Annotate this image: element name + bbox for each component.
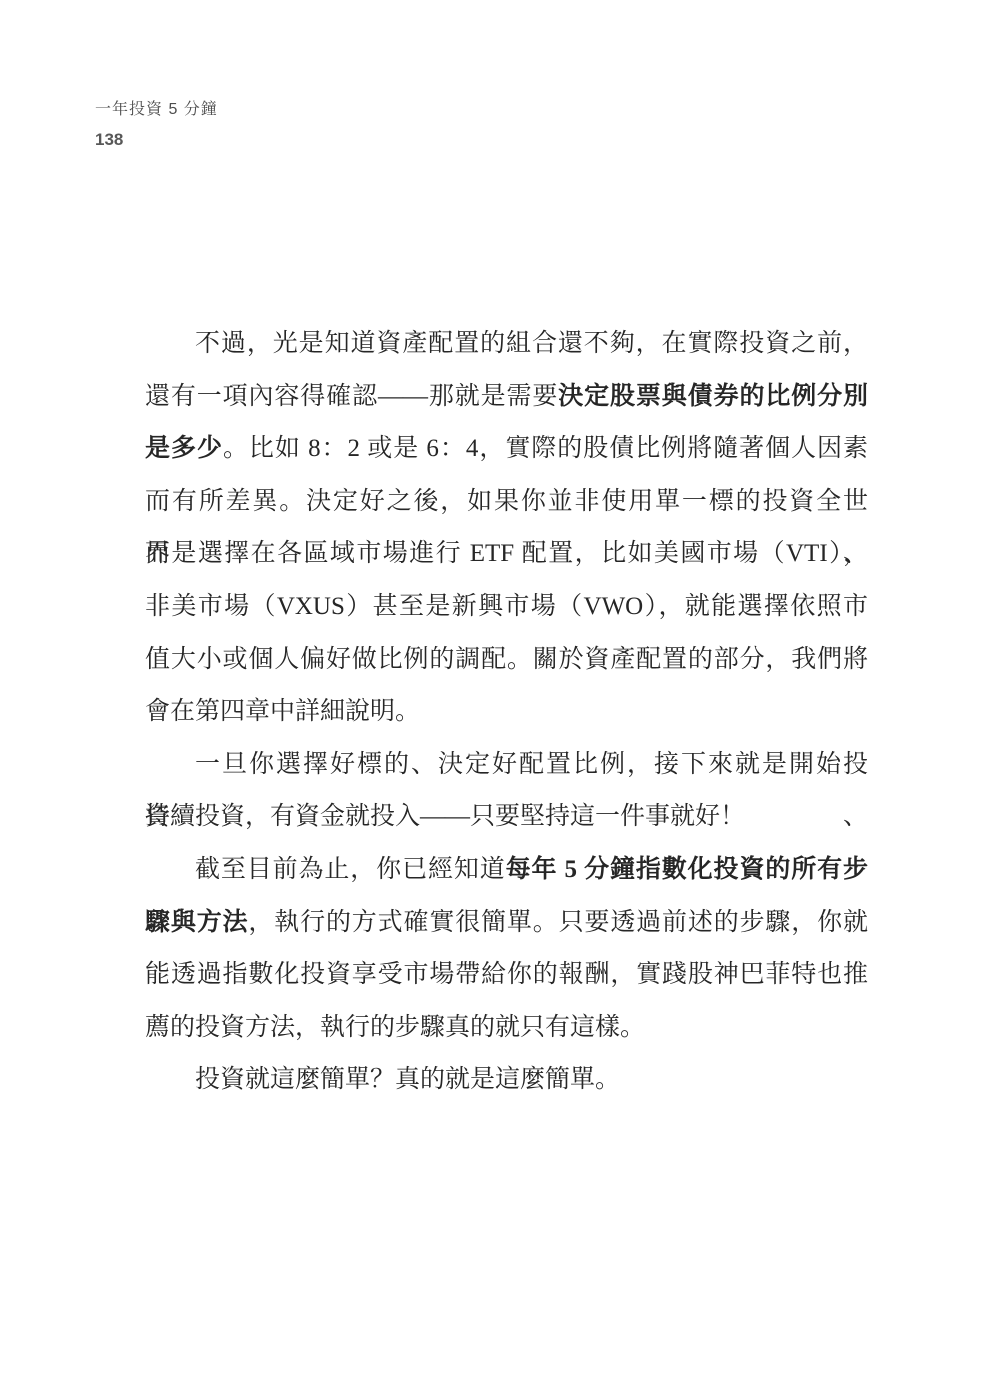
body-line: 而有所差異。決定好之後，如果你並非使用單一標的投資全世界， bbox=[145, 476, 868, 529]
text-run: 不過，光是知道資產配置的組合還不夠，在實際投資之前， bbox=[195, 330, 868, 357]
body-line: 非美市場（VXUS）甚至是新興市場（VWO），就能選擇依照市 bbox=[145, 581, 868, 634]
text-run: 而是選擇在各區域市場進行 ETF 配置，比如美國市場（VTI）、 bbox=[145, 540, 868, 567]
body-line: 投資就這麼簡單？真的就是這麼簡單。 bbox=[145, 1054, 868, 1107]
body-line: 會在第四章中詳細說明。 bbox=[145, 686, 868, 739]
body-line: 是多少。比如 8：2 或是 6：4，實際的股債比例將隨著個人因素 bbox=[145, 423, 868, 476]
body-line: 截至目前為止，你已經知道每年 5 分鐘指數化投資的所有步 bbox=[145, 844, 868, 897]
text-run: 能透過指數化投資享受市場帶給你的報酬，實踐股神巴菲特也推 bbox=[145, 961, 868, 988]
body-text: 不過，光是知道資產配置的組合還不夠，在實際投資之前， 還有一項內容得確認——那就… bbox=[145, 318, 868, 1107]
text-run: 投資就這麼簡單？真的就是這麼簡單。 bbox=[195, 1066, 620, 1093]
text-run: 值大小或個人偏好做比例的調配。關於資產配置的部分，我們將 bbox=[145, 646, 868, 673]
body-line: 一旦你選擇好標的、決定好配置比例，接下來就是開始投資、 bbox=[145, 739, 868, 792]
body-line: 驟與方法，執行的方式確實很簡單。只要透過前述的步驟，你就 bbox=[145, 897, 868, 950]
body-line: 值大小或個人偏好做比例的調配。關於資產配置的部分，我們將 bbox=[145, 634, 868, 687]
body-line: 薦的投資方法，執行的步驟真的就只有這樣。 bbox=[145, 1002, 868, 1055]
text-run: 持續投資，有資金就投入——只要堅持這一件事就好！ bbox=[145, 803, 745, 830]
text-run: 。比如 8：2 或是 6：4，實際的股債比例將隨著個人因素 bbox=[223, 435, 868, 462]
text-run: 薦的投資方法，執行的步驟真的就只有這樣。 bbox=[145, 1014, 645, 1041]
text-run: 截至目前為止，你已經知道 bbox=[195, 856, 506, 883]
text-run-bold: 是多少 bbox=[145, 435, 223, 462]
text-run: 還有一項內容得確認——那就是需要 bbox=[145, 383, 558, 410]
text-run: 會在第四章中詳細說明。 bbox=[145, 698, 420, 725]
body-line: 能透過指數化投資享受市場帶給你的報酬，實踐股神巴菲特也推 bbox=[145, 949, 868, 1002]
body-line: 而是選擇在各區域市場進行 ETF 配置，比如美國市場（VTI）、 bbox=[145, 528, 868, 581]
book-page: 一年投資 5 分鐘 138 不過，光是知道資產配置的組合還不夠，在實際投資之前，… bbox=[0, 0, 1000, 1395]
text-run-bold: 每年 5 分鐘指數化投資的所有步 bbox=[506, 856, 868, 883]
text-run-bold: 決定股票與債券的比例分別 bbox=[558, 383, 868, 410]
page-number: 138 bbox=[95, 130, 123, 150]
text-run-bold: 驟與方法 bbox=[145, 909, 248, 936]
text-run: 非美市場（VXUS）甚至是新興市場（VWO），就能選擇依照市 bbox=[145, 593, 868, 620]
body-line: 還有一項內容得確認——那就是需要決定股票與債券的比例分別 bbox=[145, 371, 868, 424]
running-head-title: 一年投資 5 分鐘 bbox=[95, 96, 218, 119]
body-line: 不過，光是知道資產配置的組合還不夠，在實際投資之前， bbox=[145, 318, 868, 371]
text-run: ，執行的方式確實很簡單。只要透過前述的步驟，你就 bbox=[248, 909, 868, 936]
